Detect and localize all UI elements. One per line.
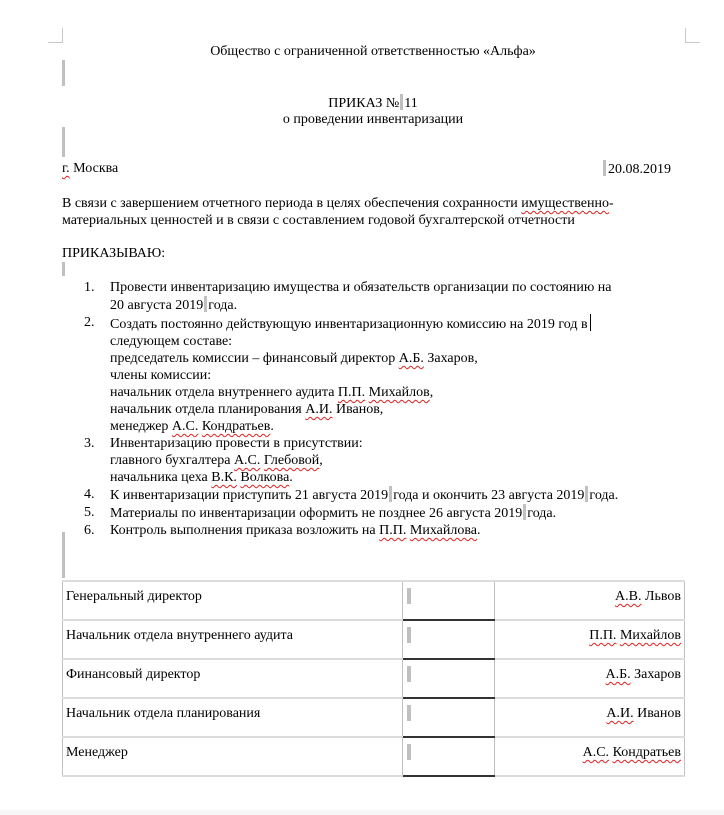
- order-date-value: 20.08.2019: [608, 162, 671, 177]
- formatting-marker: [407, 627, 411, 643]
- signature-name: А.В. Львов: [495, 581, 685, 620]
- list-item: 5. Материалы по инвентаризации оформить …: [84, 504, 684, 522]
- signature-name: А.С. Кондратьев: [495, 737, 685, 776]
- text-span: Материалы по инвентаризации оформить не …: [110, 506, 522, 521]
- attendee: начальника цеха В.К. Волкова.: [110, 469, 684, 486]
- formatting-marker: [62, 532, 65, 578]
- list-item-number: 5.: [84, 504, 95, 521]
- commission-member: начальник отдела планирования А.И. Ивано…: [110, 401, 684, 418]
- order-items-list: 1. Провести инвентаризацию имущества и о…: [84, 279, 684, 539]
- order-title-prefix: ПРИКАЗ №: [328, 96, 399, 111]
- list-item: 2. Создать постоянно действующую инвента…: [84, 314, 684, 435]
- organization-name: Общество с ограниченной ответственностью…: [62, 43, 684, 60]
- formatting-marker: [523, 504, 526, 520]
- page-bottom-edge: [0, 810, 724, 815]
- text-span: начальник отдела планирования: [110, 402, 305, 417]
- text-span: Контроль выполнения приказа возложить на: [110, 523, 379, 538]
- preamble-line-2: материальных ценностей и в связи с соста…: [62, 212, 575, 229]
- formatting-marker: [585, 486, 588, 502]
- list-item: 3. Инвентаризацию провести в присутствии…: [84, 435, 684, 486]
- city-line: г. Москва: [62, 160, 118, 177]
- surname: Иванов: [634, 706, 681, 721]
- list-item-text: Материалы по инвентаризации оформить не …: [110, 504, 684, 522]
- list-item-text: Инвентаризацию провести в присутствии:: [110, 435, 684, 452]
- initials: А.И.: [305, 402, 332, 417]
- commission-chair: председатель комиссии – финансовый дирек…: [110, 350, 684, 367]
- initials: А.С.: [234, 453, 260, 468]
- formatting-marker: [400, 94, 403, 110]
- signature-field[interactable]: [403, 581, 495, 620]
- formatting-marker: [62, 60, 65, 86]
- signature-position: Начальник отдела планирования: [63, 698, 403, 737]
- surname: Кондратьев: [613, 745, 681, 760]
- order-word: ПРИКАЗЫВАЮ:: [62, 245, 165, 262]
- formatting-marker: [62, 127, 65, 157]
- list-item-number: 6.: [84, 522, 95, 539]
- text-span: Захаров,: [424, 351, 478, 366]
- list-item-text: следующем составе:: [110, 333, 684, 350]
- table-row: Начальник отдела планирования А.И. Ивано…: [63, 698, 685, 737]
- city-name: Москва: [73, 161, 118, 176]
- formatting-marker: [389, 486, 392, 502]
- text-span: .: [477, 523, 481, 538]
- initials: А.Б.: [605, 667, 630, 682]
- surname: Михайлов: [369, 385, 430, 400]
- table-row: Менеджер А.С. Кондратьев: [63, 737, 685, 776]
- list-item: 1. Провести инвентаризацию имущества и о…: [84, 279, 684, 314]
- text-span: менеджер: [110, 419, 172, 434]
- formatting-marker: [603, 160, 606, 176]
- signature-position: Начальник отдела внутреннего аудита: [63, 620, 403, 659]
- signature-field[interactable]: [403, 737, 495, 776]
- page-corner-mark-top-right: [685, 28, 700, 43]
- signature-position: Генеральный директор: [63, 581, 403, 620]
- list-item-number: 3.: [84, 435, 95, 452]
- text-span: главного бухгалтера: [110, 453, 234, 468]
- signature-name: А.И. Иванов: [495, 698, 685, 737]
- signature-field[interactable]: [403, 620, 495, 659]
- text-span: 20 августа 2019: [110, 298, 203, 313]
- commission-members-label: члены комиссии:: [110, 367, 684, 384]
- attendee: главного бухгалтера А.С. Глебовой,: [110, 452, 684, 469]
- surname: Львов: [641, 589, 681, 604]
- order-date: 20.08.2019: [603, 160, 671, 178]
- city-prefix: г.: [62, 161, 70, 176]
- initials: А.В.: [615, 589, 641, 604]
- order-subtitle: о проведении инвентаризации: [62, 111, 684, 128]
- text-span: года.: [589, 488, 618, 503]
- initials: П.П.: [338, 385, 365, 400]
- signature-field[interactable]: [403, 659, 495, 698]
- text-span: начальника цеха: [110, 470, 211, 485]
- table-row: Финансовый директор А.Б. Захаров: [63, 659, 685, 698]
- document-page[interactable]: Общество с ограниченной ответственностью…: [0, 0, 724, 810]
- text-span: .: [289, 470, 293, 485]
- surname: Михайлов: [620, 628, 681, 643]
- text-span: года.: [527, 506, 556, 521]
- initials: П.П.: [589, 628, 616, 643]
- signature-position: Менеджер: [63, 737, 403, 776]
- formatting-marker: [407, 705, 411, 721]
- commission-member: начальник отдела внутреннего аудита П.П.…: [110, 384, 684, 401]
- text-cursor: [590, 314, 591, 331]
- text-span: ,: [319, 453, 323, 468]
- formatting-marker: [62, 262, 65, 276]
- initials: А.С.: [583, 745, 609, 760]
- order-title: ПРИКАЗ №11: [62, 94, 684, 112]
- commission-member: менеджер А.С. Кондратьев.: [110, 418, 684, 435]
- surname: Михайлова: [410, 523, 477, 538]
- preamble-text-misspelled: имущественно: [521, 196, 609, 211]
- text-span: года и окончить 23 августа 2019: [393, 488, 584, 503]
- initials: А.И.: [606, 706, 633, 721]
- surname: Волкова: [240, 470, 289, 485]
- text-span: начальник отдела внутреннего аудита: [110, 385, 338, 400]
- signatures-table: Генеральный директор А.В. Львов Начальни…: [62, 580, 685, 777]
- preamble-line-1: В связи с завершением отчетного периода …: [62, 195, 614, 212]
- text-span: .: [270, 419, 274, 434]
- order-number: 11: [404, 96, 417, 111]
- text-span: ,: [430, 385, 434, 400]
- initials: В.К.: [211, 470, 237, 485]
- surname: Глебовой: [264, 453, 319, 468]
- list-item-text: Контроль выполнения приказа возложить на…: [110, 522, 684, 539]
- list-item-number: 1.: [84, 279, 95, 296]
- text-span: Иванов,: [332, 402, 383, 417]
- list-item-text: К инвентаризации приступить 21 августа 2…: [110, 486, 684, 504]
- surname: Кондратьев: [202, 419, 270, 434]
- list-item-text: Создать постоянно действующую инвентариз…: [110, 314, 684, 333]
- preamble-text: В связи с завершением отчетного периода …: [62, 196, 521, 211]
- initials: П.П.: [379, 523, 406, 538]
- preamble-text: -: [609, 196, 614, 211]
- text-span: года.: [208, 298, 237, 313]
- formatting-marker: [407, 666, 411, 682]
- list-item-number: 2.: [84, 314, 95, 331]
- text-span: председатель комиссии – финансовый дирек…: [110, 351, 399, 366]
- formatting-marker: [204, 296, 207, 312]
- table-row: Генеральный директор А.В. Львов: [63, 581, 685, 620]
- text-span: Создать постоянно действующую инвентариз…: [110, 317, 588, 332]
- list-item: 6. Контроль выполнения приказа возложить…: [84, 522, 684, 539]
- signature-field[interactable]: [403, 698, 495, 737]
- page-corner-mark-top-left: [48, 28, 63, 43]
- surname: Захаров: [631, 667, 681, 682]
- formatting-marker: [407, 744, 411, 760]
- initials: А.С.: [172, 419, 198, 434]
- signature-name: А.Б. Захаров: [495, 659, 685, 698]
- list-item-text: Провести инвентаризацию имущества и обяз…: [110, 279, 684, 296]
- list-item-number: 4.: [84, 486, 95, 503]
- table-row: Начальник отдела внутреннего аудита П.П.…: [63, 620, 685, 659]
- text-span: К инвентаризации приступить 21 августа 2…: [110, 488, 388, 503]
- signature-name: П.П. Михайлов: [495, 620, 685, 659]
- formatting-marker: [407, 588, 411, 604]
- signature-position: Финансовый директор: [63, 659, 403, 698]
- initials: А.Б.: [399, 351, 424, 366]
- list-item-text: 20 августа 2019года.: [110, 296, 684, 314]
- list-item: 4. К инвентаризации приступить 21 август…: [84, 486, 684, 504]
